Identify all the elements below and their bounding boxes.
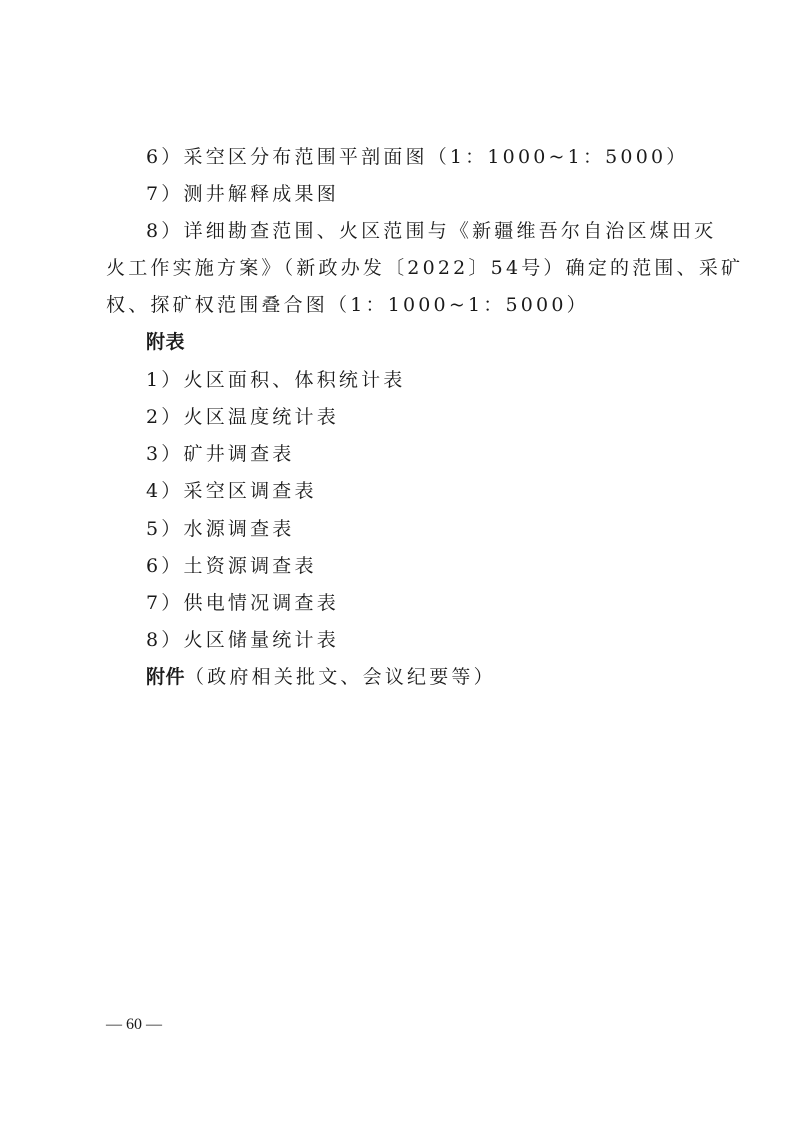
table-item-2: 2）火区温度统计表 xyxy=(146,405,339,429)
figure-item-8-line-1: 8）详细勘查范围、火区范围与《新疆维吾尔自治区煤田灭 xyxy=(146,219,716,243)
table-item-4: 4）采空区调查表 xyxy=(146,479,317,503)
figure-item-8-line-3: 权、探矿权范围叠合图（1：1000~1：5000） xyxy=(106,293,589,317)
attachments-line: 附件（政府相关批文、会议纪要等） xyxy=(146,665,496,689)
table-item-6: 6）土资源调查表 xyxy=(146,554,317,578)
attachments-heading: 附件 xyxy=(146,666,185,688)
table-item-5: 5）水源调查表 xyxy=(146,517,295,541)
figure-item-6: 6）采空区分布范围平剖面图（1：1000~1：5000） xyxy=(146,145,689,169)
tables-heading: 附表 xyxy=(146,330,185,354)
page-number: — 60 — xyxy=(106,1016,162,1034)
table-item-3: 3）矿井调查表 xyxy=(146,442,295,466)
figure-item-7: 7）测井解释成果图 xyxy=(146,182,339,206)
table-item-1: 1）火区面积、体积统计表 xyxy=(146,368,406,392)
document-page: 6）采空区分布范围平剖面图（1：1000~1：5000） 7）测井解释成果图 8… xyxy=(0,0,793,1122)
table-item-8: 8）火区储量统计表 xyxy=(146,628,339,652)
figure-item-8-line-2: 火工作实施方案》（新政办发〔2022〕54号）确定的范围、采矿 xyxy=(106,256,743,280)
attachments-note: （政府相关批文、会议纪要等） xyxy=(185,666,496,688)
table-item-7: 7）供电情况调查表 xyxy=(146,591,339,615)
